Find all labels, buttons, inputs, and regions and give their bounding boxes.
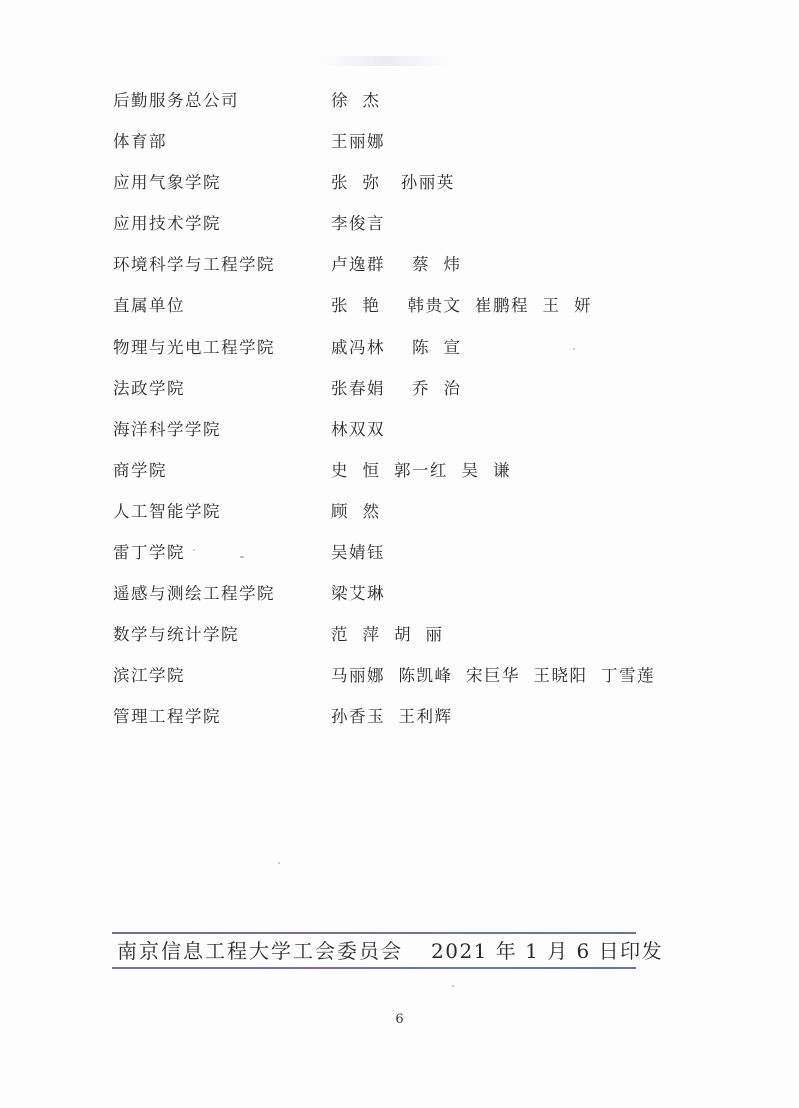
unit-label: 海洋科学学院: [113, 415, 221, 445]
unit-label: 体育部: [113, 127, 167, 157]
unit-label: 遥感与测绘工程学院: [113, 579, 275, 609]
list-item: 数学与统计学院范 萍 胡 丽: [113, 620, 713, 661]
unit-name-list: 后勤服务总公司徐 杰 体育部王丽娜 应用气象学院张 弥 孙丽英 应用技术学院李俊…: [113, 86, 713, 744]
unit-label: 雷丁学院: [113, 538, 185, 568]
member-names: 戚冯林 陈 宣: [331, 333, 461, 363]
list-item: 体育部王丽娜: [113, 127, 713, 168]
unit-label: 数学与统计学院: [113, 620, 239, 650]
scan-speck: [240, 556, 244, 558]
list-item: 后勤服务总公司徐 杰: [113, 86, 713, 127]
unit-label: 应用气象学院: [113, 168, 221, 198]
issue-date: 2021 年 1 月 6 日印发: [431, 938, 663, 964]
footer-rule-bottom: [112, 967, 636, 969]
unit-label: 物理与光电工程学院: [113, 333, 275, 363]
list-item: 法政学院张春娟 乔 治: [113, 374, 713, 415]
member-names: 王丽娜: [331, 127, 385, 157]
member-names: 范 萍 胡 丽: [331, 620, 443, 650]
list-item: 应用气象学院张 弥 孙丽英: [113, 168, 713, 209]
scan-speck: [452, 985, 454, 987]
member-names: 史 恒 郭一红 吴 谦: [331, 456, 511, 486]
unit-label: 法政学院: [113, 374, 185, 404]
scan-speck: [278, 862, 280, 864]
scan-bleed-through: [320, 56, 450, 66]
list-item: 物理与光电工程学院戚冯林 陈 宣: [113, 333, 713, 374]
unit-label: 后勤服务总公司: [113, 86, 239, 116]
list-item: 管理工程学院孙香玉 王利辉: [113, 702, 713, 743]
unit-label: 商学院: [113, 456, 167, 486]
member-names: 张春娟 乔 治: [331, 374, 461, 404]
unit-label: 环境科学与工程学院: [113, 250, 275, 280]
member-names: 吴婧钰: [331, 538, 385, 568]
list-item: 人工智能学院顾 然: [113, 497, 713, 538]
unit-label: 人工智能学院: [113, 497, 221, 527]
list-item: 直属单位张 艳 韩贵文 崔鹏程 王 妍: [113, 291, 713, 332]
list-item: 雷丁学院吴婧钰: [113, 538, 713, 579]
member-names: 李俊言: [331, 209, 385, 239]
member-names: 徐 杰: [331, 86, 381, 116]
list-item: 遥感与测绘工程学院梁艾琳: [113, 579, 713, 620]
member-names: 林双双: [331, 415, 385, 445]
scan-speck: [193, 549, 195, 551]
scan-speck: [573, 348, 575, 350]
footer-rule-top: [112, 932, 636, 934]
member-names: 梁艾琳: [331, 579, 385, 609]
list-item: 滨江学院马丽娜 陈凯峰 宋巨华 王晓阳 丁雪莲: [113, 661, 713, 702]
member-names: 马丽娜 陈凯峰 宋巨华 王晓阳 丁雪莲: [331, 661, 655, 691]
list-item: 应用技术学院李俊言: [113, 209, 713, 250]
unit-label: 滨江学院: [113, 661, 185, 691]
member-names: 卢逸群 蔡 炜: [331, 250, 461, 280]
unit-label: 应用技术学院: [113, 209, 221, 239]
unit-label: 直属单位: [113, 291, 185, 321]
member-names: 孙香玉 王利辉: [331, 702, 453, 732]
issuing-organization: 南京信息工程大学工会委员会: [117, 938, 403, 964]
list-item: 海洋科学学院林双双: [113, 415, 713, 456]
member-names: 顾 然: [331, 497, 381, 527]
list-item: 商学院史 恒 郭一红 吴 谦: [113, 456, 713, 497]
member-names: 张 艳 韩贵文 崔鹏程 王 妍: [331, 291, 592, 321]
page-number: 6: [0, 1012, 799, 1027]
unit-label: 管理工程学院: [113, 702, 221, 732]
member-names: 张 弥 孙丽英: [331, 168, 455, 198]
list-item: 环境科学与工程学院卢逸群 蔡 炜: [113, 250, 713, 291]
